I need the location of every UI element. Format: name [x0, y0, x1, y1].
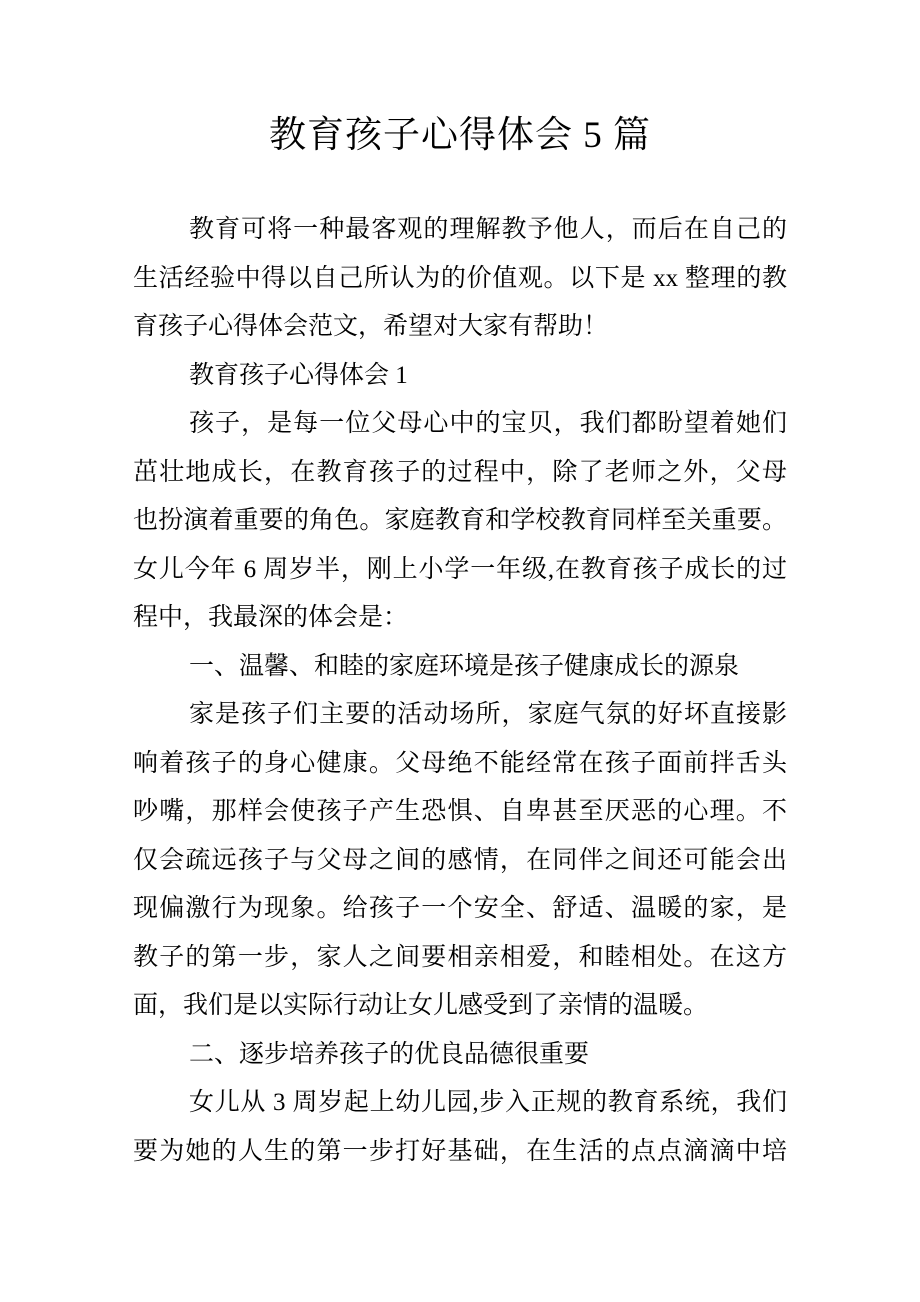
section-heading: 教育孩子心得体会 1 — [133, 352, 787, 401]
text-line: 茁壮地成长，在教育孩子的过程中，除了老师之外，父母 — [133, 449, 787, 498]
text-line: 吵嘴，那样会使孩子产生恐惧、自卑甚至厌恶的心理。不 — [133, 788, 787, 837]
text-line: 女儿今年 6 周岁半，刚上小学一年级,在教育孩子成长的过 — [133, 546, 787, 595]
section-heading: 一、温馨、和睦的家庭环境是孩子健康成长的源泉 — [133, 643, 787, 692]
text-line: 程中，我最深的体会是： — [133, 594, 787, 643]
text-line: 面，我们是以实际行动让女儿感受到了亲情的温暖。 — [133, 982, 787, 1031]
text-line: 要为她的人生的第一步打好基础，在生活的点点滴滴中培 — [133, 1128, 787, 1177]
text-line: 育孩子心得体会范文，希望对大家有帮助！ — [133, 303, 787, 352]
text-line: 教育可将一种最客观的理解教予他人，而后在自己的 — [133, 206, 787, 255]
page-title: 教育孩子心得体会 5 篇 — [0, 112, 920, 160]
text-line: 女儿从 3 周岁起上幼儿园,步入正规的教育系统，我们 — [133, 1079, 787, 1128]
section-heading: 二、逐步培养孩子的优良品德很重要 — [133, 1031, 787, 1080]
text-line: 孩子，是每一位父母心中的宝贝，我们都盼望着她们 — [133, 400, 787, 449]
text-line: 响着孩子的身心健康。父母绝不能经常在孩子面前拌舌头 — [133, 740, 787, 789]
document-body: 教育可将一种最客观的理解教予他人，而后在自己的 生活经验中得以自己所认为的价值观… — [133, 206, 787, 1176]
text-line: 家是孩子们主要的活动场所，家庭气氛的好坏直接影 — [133, 691, 787, 740]
text-line: 生活经验中得以自己所认为的价值观。以下是 xx 整理的教 — [133, 255, 787, 304]
document-page: 教育孩子心得体会 5 篇 教育可将一种最客观的理解教予他人，而后在自己的 生活经… — [0, 0, 920, 1302]
text-line: 仅会疏远孩子与父母之间的感情，在同伴之间还可能会出 — [133, 837, 787, 886]
text-line: 现偏激行为现象。给孩子一个安全、舒适、温暖的家，是 — [133, 885, 787, 934]
text-line: 教子的第一步，家人之间要相亲相爱，和睦相处。在这方 — [133, 934, 787, 983]
text-line: 也扮演着重要的角色。家庭教育和学校教育同样至关重要。 — [133, 497, 787, 546]
